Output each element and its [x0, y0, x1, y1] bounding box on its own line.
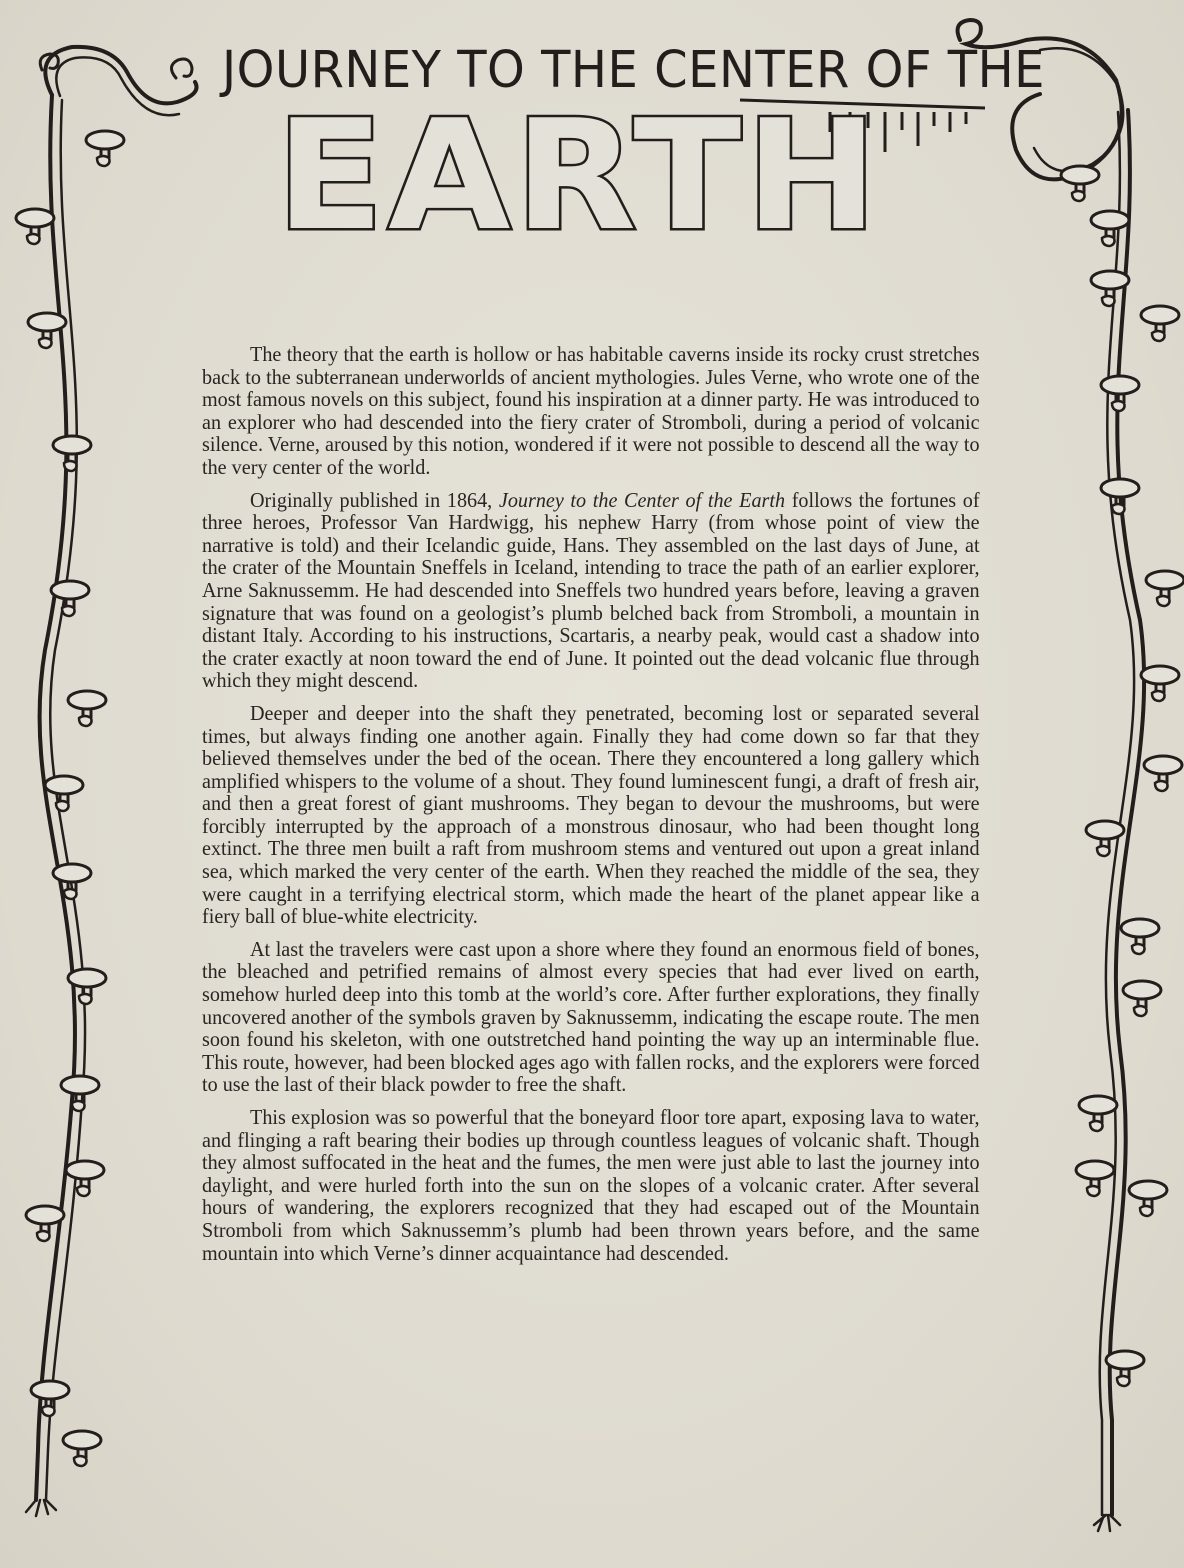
paragraph-2-rest: follows the fortunes of three heroes, Pr…: [202, 488, 980, 693]
title-line-2: EARTH: [276, 100, 882, 252]
paragraph-5: This explosion was so powerful that the …: [202, 1106, 980, 1264]
paragraph-3: Deeper and deeper into the shaft they pe…: [202, 702, 980, 928]
book-title-italic: Journey to the Center of the Earth: [499, 488, 785, 512]
paragraph-2: Originally published in 1864, Journey to…: [202, 489, 980, 692]
mushroom-icon: [16, 131, 124, 1466]
article-body: The theory that the earth is hollow or h…: [202, 343, 980, 1274]
paragraph-4: At last the travelers were cast upon a s…: [202, 938, 980, 1096]
paragraph-2-lead: Originally published in 1864,: [250, 488, 499, 512]
paragraph-1: The theory that the earth is hollow or h…: [202, 343, 980, 479]
